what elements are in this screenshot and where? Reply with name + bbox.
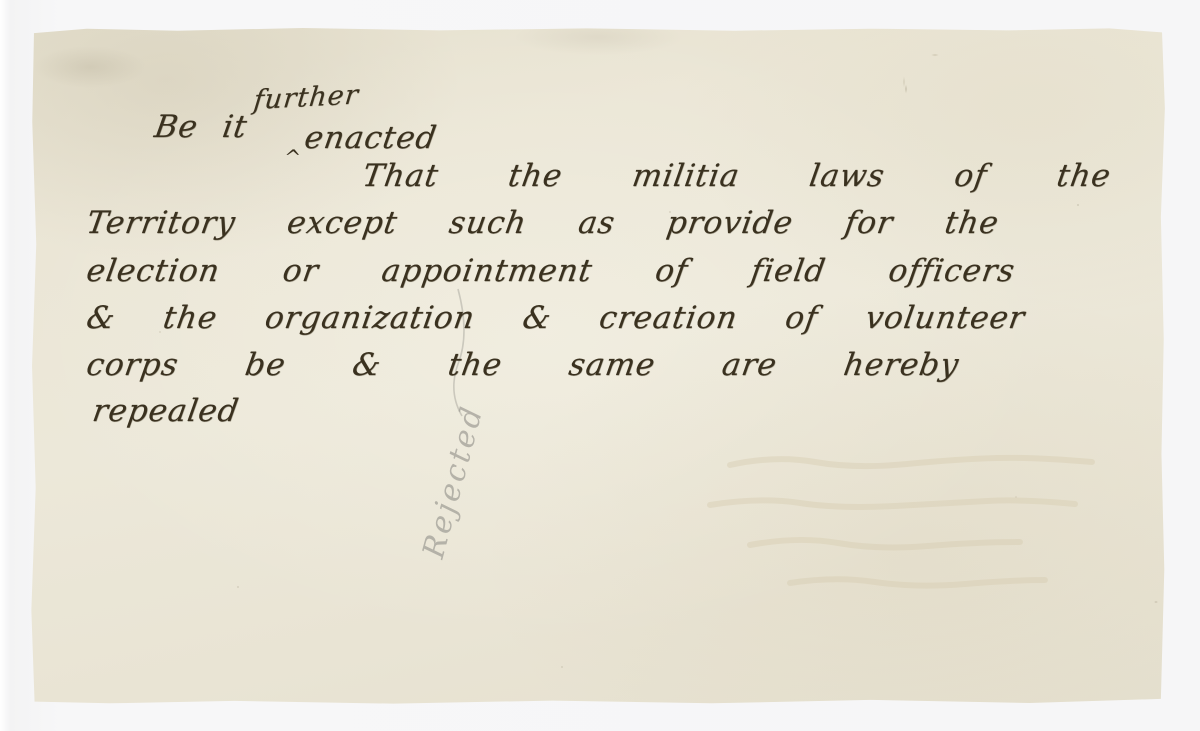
pencil-annotation-rejected: Rejected: [416, 401, 490, 562]
manuscript-line-repealed: repealed: [90, 393, 242, 429]
manuscript-line-territory-except: Territory except such as provide for the: [84, 205, 1002, 241]
scan-background: further Be it ^ enacted That the militia…: [0, 0, 1200, 731]
manuscript-line-organization-creation: & the organization & creation of volunte…: [84, 300, 1028, 336]
manuscript-line-election-appointment: election or appointment of field officer…: [84, 253, 1018, 289]
manuscript-paper: further Be it ^ enacted That the militia…: [30, 27, 1166, 705]
manuscript-insertion-further: further: [252, 80, 360, 116]
manuscript-opening-be-it: Be it: [152, 109, 250, 145]
manuscript-opening-enacted: enacted: [302, 120, 440, 156]
manuscript-line-that-the-militia: That the militia laws of the: [360, 158, 1114, 194]
insertion-caret-mark: ^: [282, 145, 303, 169]
manuscript-line-corps-same-hereby: corps be & the same are hereby: [84, 347, 962, 383]
